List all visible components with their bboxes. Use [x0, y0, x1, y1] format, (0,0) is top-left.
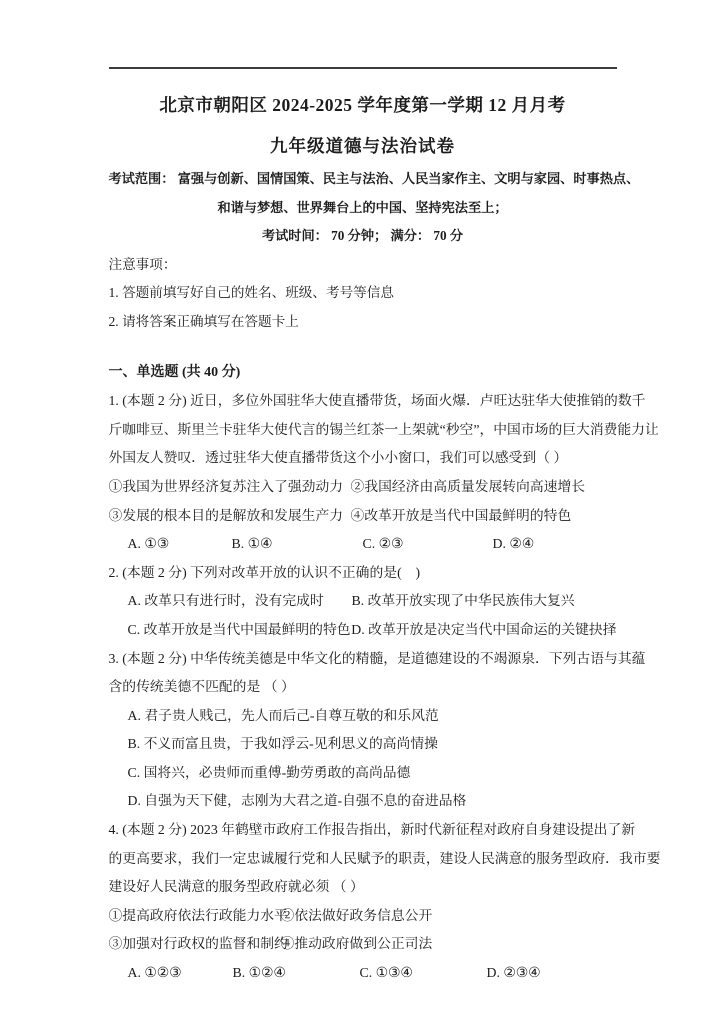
- question-2-stem-line-1: 2. (本题 2 分) 下列对改革开放的认识不正确的是( ): [109, 559, 617, 588]
- exam-time-line: 考试时间： 70 分钟； 满分： 70 分: [109, 222, 617, 251]
- question-2-choice-row-2: C. 改革开放是当代中国最鲜明的特色 D. 改革开放是决定当代中国命运的关键抉择: [109, 616, 617, 645]
- choice-c: C. ①③④: [360, 959, 487, 988]
- choice-c: C. 国将兴，必贵师而重傅-勤劳勇敢的高尚品德: [109, 759, 617, 788]
- numbered-option-3: ③发展的根本目的是解放和发展生产力: [109, 502, 351, 531]
- numbered-option-4: ④推动政府做到公正司法: [281, 930, 433, 959]
- choice-b: B. 不义而富且贵，于我如浮云-见利思义的高尚情操: [109, 730, 617, 759]
- choice-a: A. ①②③: [128, 959, 233, 988]
- exam-title: 北京市朝阳区 2024-2025 学年度第一学期 12 月月考: [109, 94, 617, 116]
- question-2: 2. (本题 2 分) 下列对改革开放的认识不正确的是( ) A. 改革只有进行…: [109, 559, 617, 645]
- choice-d: D. 改革开放是决定当代中国命运的关键抉择: [351, 616, 616, 645]
- question-3: 3. (本题 2 分) 中华传统美德是中华文化的精髓，是道德建设的不竭源泉．下列…: [109, 645, 617, 817]
- exam-subtitle: 九年级道德与法治试卷: [109, 135, 617, 157]
- question-1-stem-line-2: 斤咖啡豆、斯里兰卡驻华大使代言的锡兰红茶一上架就“秒空”，中国市场的巨大消费能力…: [109, 416, 617, 445]
- question-4-stem-line-1: 4. (本题 2 分) 2023 年鹤壁市政府工作报告指出，新时代新征程对政府自…: [109, 816, 617, 845]
- exam-scope-line-1: 考试范围： 富强与创新、国情国策、民主与法治、人民当家作主、文明与家园、时事热点…: [109, 165, 617, 194]
- question-3-stem-line-2: 含的传统美德不匹配的是 （ ）: [109, 673, 617, 702]
- section-heading: 一、单选题 (共 40 分): [109, 359, 617, 388]
- numbered-option-1: ①我国为世界经济复苏注入了强劲动力: [109, 473, 351, 502]
- question-4-numbered-row-2: ③加强对行政权的监督和制约 ④推动政府做到公正司法: [109, 930, 617, 959]
- choice-d: D. 自强为天下健，志刚为大君之道-自强不息的奋进品格: [109, 787, 617, 816]
- question-1-choices: A. ①③ B. ①④ C. ②③ D. ②④: [109, 530, 617, 559]
- header-rule: [109, 67, 617, 69]
- choice-b: B. 改革开放实现了中华民族伟大复兴: [352, 587, 575, 616]
- choice-b: B. ①④: [232, 530, 363, 559]
- exam-scope-line-2: 和谐与梦想、世界舞台上的中国、坚持宪法至上；: [109, 194, 617, 223]
- choice-c: C. 改革开放是当代中国最鲜明的特色: [128, 616, 352, 645]
- note-item-2: 2. 请将答案正确填写在答题卡上: [109, 308, 617, 337]
- notes-title: 注意事项：: [109, 251, 617, 280]
- question-3-stem-line-1: 3. (本题 2 分) 中华传统美德是中华文化的精髓，是道德建设的不竭源泉．下列…: [109, 645, 617, 674]
- numbered-option-3: ③加强对行政权的监督和制约: [109, 930, 281, 959]
- question-1-stem-line-1: 1. (本题 2 分) 近日，多位外国驻华大使直播带货，场面火爆．卢旺达驻华大使…: [109, 387, 617, 416]
- choice-d: D. ②④: [493, 530, 535, 559]
- exam-scope-block: 考试范围： 富强与创新、国情国策、民主与法治、人民当家作主、文明与家园、时事热点…: [109, 165, 617, 251]
- choice-a: A. 君子贵人贱己，先人而后己-自尊互敬的和乐风范: [109, 702, 617, 731]
- choice-b: B. ①②④: [233, 959, 360, 988]
- question-4: 4. (本题 2 分) 2023 年鹤壁市政府工作报告指出，新时代新征程对政府自…: [109, 816, 617, 988]
- question-1-numbered-row-2: ③发展的根本目的是解放和发展生产力 ④改革开放是当代中国最鲜明的特色: [109, 502, 617, 531]
- question-1-numbered-row-1: ①我国为世界经济复苏注入了强劲动力 ②我国经济由高质量发展转向高速增长: [109, 473, 617, 502]
- numbered-option-4: ④改革开放是当代中国最鲜明的特色: [351, 502, 572, 531]
- question-1-stem-line-3: 外国友人赞叹．透过驻华大使直播带货这个小小窗口，我们可以感受到（ ）: [109, 444, 617, 473]
- note-item-1: 1. 答题前填写好自己的姓名、班级、考号等信息: [109, 279, 617, 308]
- numbered-option-1: ①提高政府依法行政能力水平: [109, 902, 281, 931]
- notice-block: 注意事项： 1. 答题前填写好自己的姓名、班级、考号等信息 2. 请将答案正确填…: [109, 251, 617, 337]
- choice-d: D. ②③④: [487, 959, 541, 988]
- question-4-stem-line-3: 建设好人民满意的服务型政府就必须 （ ）: [109, 873, 617, 902]
- exam-paper-page: 北京市朝阳区 2024-2025 学年度第一学期 12 月月考 九年级道德与法治…: [0, 0, 725, 1024]
- numbered-option-2: ②我国经济由高质量发展转向高速增长: [351, 473, 586, 502]
- question-1: 1. (本题 2 分) 近日，多位外国驻华大使直播带货，场面火爆．卢旺达驻华大使…: [109, 387, 617, 559]
- question-4-choices: A. ①②③ B. ①②④ C. ①③④ D. ②③④: [109, 959, 617, 988]
- question-4-stem-line-2: 的更高要求，我们一定忠诚履行党和人民赋予的职责，建设人民满意的服务型政府．我市要: [109, 845, 617, 874]
- choice-a: A. ①③: [128, 530, 232, 559]
- numbered-option-2: ②依法做好政务信息公开: [281, 902, 433, 931]
- question-2-choice-row-1: A. 改革只有进行时，没有完成时 B. 改革开放实现了中华民族伟大复兴: [109, 587, 617, 616]
- choice-c: C. ②③: [363, 530, 493, 559]
- choice-a: A. 改革只有进行时，没有完成时: [128, 587, 352, 616]
- questions-area: 1. (本题 2 分) 近日，多位外国驻华大使直播带货，场面火爆．卢旺达驻华大使…: [109, 387, 617, 987]
- question-4-numbered-row-1: ①提高政府依法行政能力水平 ②依法做好政务信息公开: [109, 902, 617, 931]
